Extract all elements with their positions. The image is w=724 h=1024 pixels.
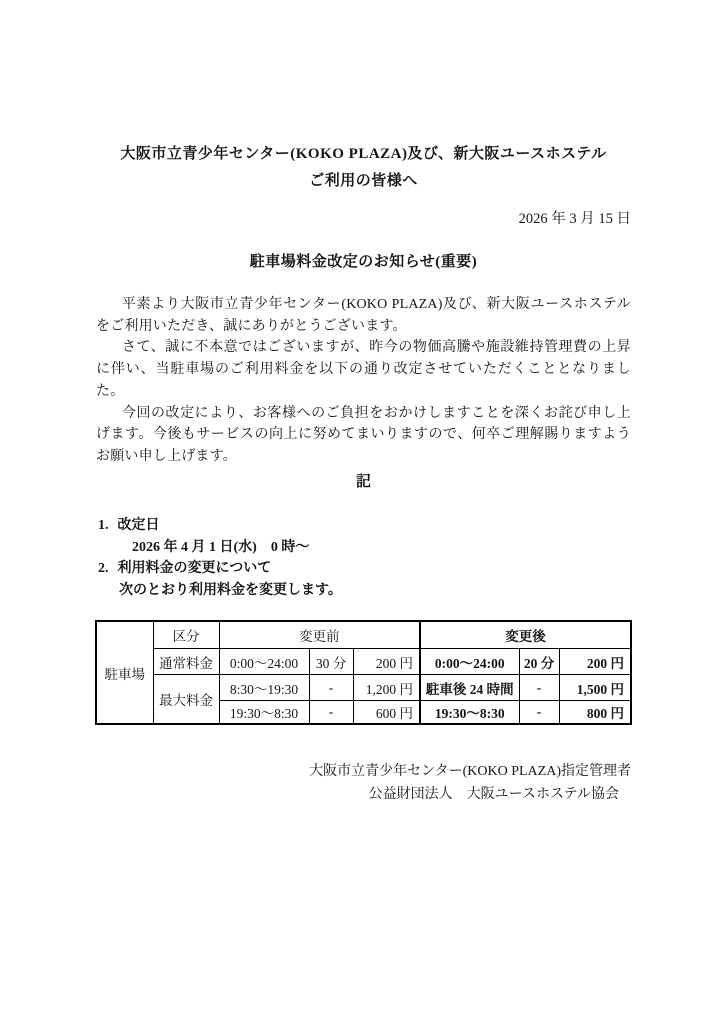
revision-list: 1.改定日 2026 年 4 月 1 日(水) 0 時～ 2.利用料金の変更につ…: [96, 515, 631, 602]
list-item-1-detail: 2026 年 4 月 1 日(水) 0 時～: [132, 537, 631, 559]
table-cell-after-price: 800 円: [559, 701, 631, 725]
body-text: 平素より大阪市立青少年センター(KOKO PLAZA)及び、新大阪ユースホステル…: [96, 294, 631, 468]
table-cell-before-unit: -: [309, 701, 353, 725]
col-header-before: 変更前: [219, 621, 420, 649]
table-cell-before-time: 8:30～19:30: [219, 675, 309, 701]
list-item-1-number: 1.: [98, 515, 109, 537]
document-content: 大阪市立青少年センター(KOKO PLAZA)及び、新大阪ユースホステル ご利用…: [96, 0, 631, 1024]
table-cell-after-time: 駐車後 24 時間: [420, 675, 519, 701]
document-header: 大阪市立青少年センター(KOKO PLAZA)及び、新大阪ユースホステル ご利用…: [96, 141, 631, 195]
list-item-2-title: 2.利用料金の変更について: [96, 558, 631, 580]
document-page: 大阪市立青少年センター(KOKO PLAZA)及び、新大阪ユースホステル ご利用…: [0, 0, 724, 1024]
table-cell-after-time: 19:30～8:30: [420, 701, 519, 725]
row-label-max-fee: 最大料金: [153, 675, 219, 725]
table-cell-after-price: 200 円: [559, 649, 631, 675]
signature-line-2: 公益財団法人 大阪ユースホステル協会: [96, 783, 631, 806]
row-label-normal-fee: 通常料金: [153, 649, 219, 675]
table-cell-before-price: 600 円: [353, 701, 420, 725]
document-title: 駐車場料金改定のお知らせ(重要): [96, 250, 631, 271]
addressee-line-1: 大阪市立青少年センター(KOKO PLAZA)及び、新大阪ユースホステル: [96, 141, 631, 168]
list-item-2-number: 2.: [98, 558, 109, 580]
body-paragraph-2: さて、誠に不本意ではございますが、昨今の物価高騰や施設維持管理費の上昇に伴い、当…: [96, 337, 631, 402]
table-cell-after-unit: 20 分: [519, 649, 559, 675]
table-cell-before-time: 19:30～8:30: [219, 701, 309, 725]
date-line: 2026 年 3 月 15 日: [96, 207, 631, 228]
table-corner-label: 駐車場: [96, 621, 153, 724]
table-cell-after-unit: -: [519, 701, 559, 725]
table-cell-before-price: 200 円: [353, 649, 420, 675]
ki-marker: 記: [96, 470, 631, 491]
signature-line-1: 大阪市立青少年センター(KOKO PLAZA)指定管理者: [96, 760, 631, 783]
list-item-1-title: 1.改定日: [96, 515, 631, 537]
table-cell-before-price: 1,200 円: [353, 675, 420, 701]
signature-block: 大阪市立青少年センター(KOKO PLAZA)指定管理者 公益財団法人 大阪ユー…: [96, 760, 631, 806]
col-header-category: 区分: [153, 621, 219, 649]
table-cell-after-price: 1,500 円: [559, 675, 631, 701]
col-header-after: 変更後: [420, 621, 631, 649]
fee-table: 駐車場 区分 変更前 変更後 通常料金 0:00～24:00 30 分 200 …: [95, 620, 632, 725]
table-cell-before-unit: -: [309, 675, 353, 701]
list-item-2-label: 利用料金の変更について: [118, 561, 272, 576]
table-cell-before-time: 0:00～24:00: [219, 649, 309, 675]
addressee-line-2: ご利用の皆様へ: [96, 168, 631, 195]
table-cell-after-time: 0:00～24:00: [420, 649, 519, 675]
table-cell-after-unit: -: [519, 675, 559, 701]
body-paragraph-1: 平素より大阪市立青少年センター(KOKO PLAZA)及び、新大阪ユースホステル…: [96, 294, 631, 337]
body-paragraph-3: 今回の改定により、お客様へのご負担をおかけしますことを深くお詫び申し上げます。今…: [96, 403, 631, 468]
list-item-2-detail: 次のとおり利用料金を変更します。: [119, 580, 631, 602]
table-cell-before-unit: 30 分: [309, 649, 353, 675]
list-item-1-label: 改定日: [118, 518, 160, 533]
